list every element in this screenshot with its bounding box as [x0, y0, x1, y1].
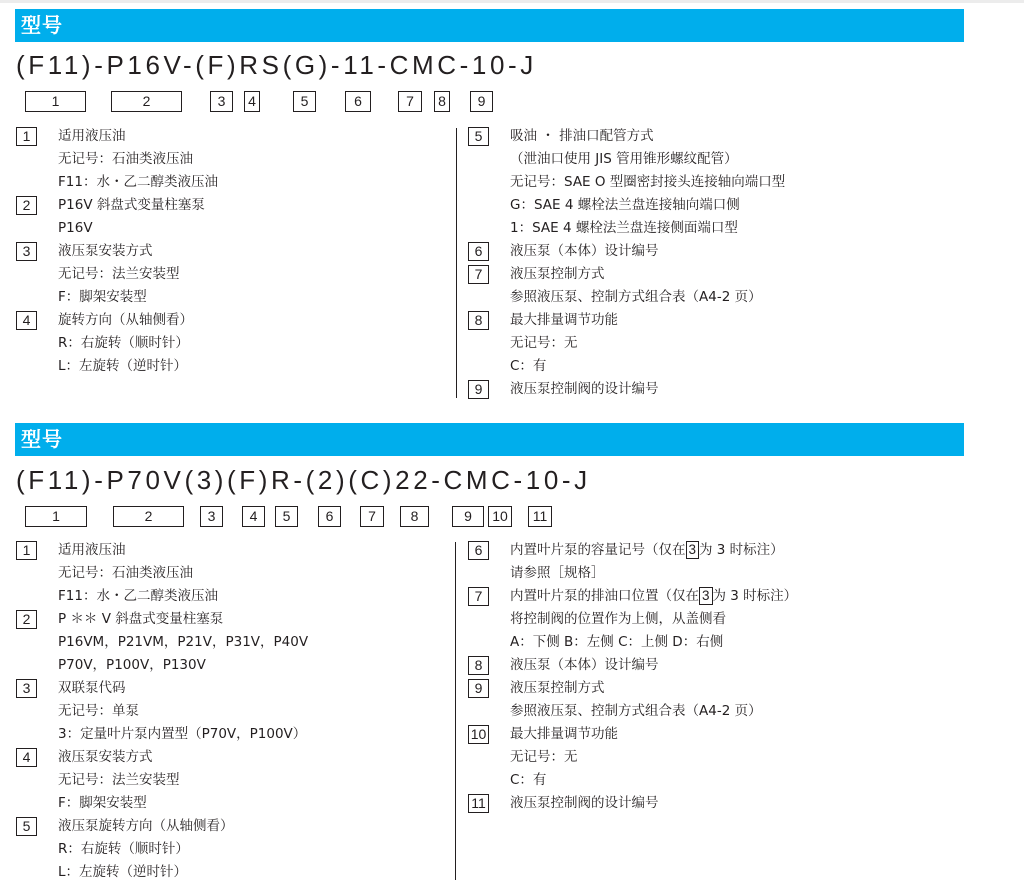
item-text: （泄油口使用 JIS 管用锥形螺纹配管） — [510, 148, 738, 171]
item-text: 双联泵代码 — [58, 677, 126, 700]
position-box: 6 — [318, 506, 341, 527]
item-number-box: 8 — [468, 656, 489, 675]
item-text: 吸油 ・ 排油口配管方式 — [510, 125, 654, 148]
item-text: 最大排量调节功能 — [510, 723, 618, 746]
position-box: 1 — [25, 506, 87, 527]
item-number-box: 9 — [468, 380, 489, 399]
position-box: 11 — [528, 506, 552, 527]
item-number-box: 6 — [468, 242, 489, 261]
position-box: 7 — [398, 91, 422, 112]
position-box: 7 — [360, 506, 384, 527]
item-number-box: 7 — [468, 587, 489, 606]
item-number-box: 1 — [16, 541, 37, 560]
model-code: (F11)-P16V-(F)RS(G)-11-CMC-10-J — [16, 50, 537, 80]
item-number-box: 4 — [16, 311, 37, 330]
item-number-box: 4 — [16, 748, 37, 767]
item-text: P ＊＊ V 斜盘式变量柱塞泵 — [58, 608, 223, 631]
item-text: 3：定量叶片泵内置型（P70V，P100V） — [58, 723, 306, 746]
position-box: 5 — [275, 506, 298, 527]
item-text: 最大排量调节功能 — [510, 309, 618, 332]
item-text: R：右旋转（顺时针） — [58, 838, 189, 861]
item-text: F：脚架安装型 — [58, 792, 147, 815]
item-text: L：左旋转（逆时针） — [58, 861, 187, 884]
item-text: 液压泵控制方式 — [510, 677, 605, 700]
position-box: 9 — [452, 506, 484, 527]
item-text: 无记号：无 — [510, 332, 578, 355]
item-text: 参照液压泵、控制方式组合表（A4-2 页） — [510, 700, 762, 723]
item-number-box: 9 — [468, 679, 489, 698]
item-text: 适用液压油 — [58, 125, 126, 148]
item-text: F11：水・乙二醇类液压油 — [58, 585, 218, 608]
position-box: 1 — [25, 91, 86, 112]
inline-ref-box: 3 — [699, 587, 713, 605]
item-text: 无记号：石油类液压油 — [58, 562, 193, 585]
position-box: 8 — [434, 91, 450, 112]
item-text: 无记号：法兰安装型 — [58, 263, 180, 286]
item-text: 液压泵控制阀的设计编号 — [510, 792, 659, 815]
item-text: L：左旋转（逆时针） — [58, 355, 187, 378]
position-box: 4 — [244, 91, 260, 112]
item-text: 液压泵控制方式 — [510, 263, 605, 286]
section-header: 型号 — [15, 9, 964, 42]
position-box: 4 — [242, 506, 265, 527]
item-text: 旋转方向（从轴侧看） — [58, 309, 193, 332]
item-number-box: 2 — [16, 610, 37, 629]
item-text: 无记号：单泵 — [58, 700, 139, 723]
item-text: 液压泵旋转方向（从轴侧看） — [58, 815, 234, 838]
item-text: 无记号：石油类液压油 — [58, 148, 193, 171]
item-number-box: 3 — [16, 679, 37, 698]
item-number-box: 2 — [16, 196, 37, 215]
item-text: G：SAE 4 螺栓法兰盘连接轴向端口侧 — [510, 194, 740, 217]
item-text: 将控制阀的位置作为上侧，从盖侧看 — [510, 608, 726, 631]
item-text: C：有 — [510, 769, 546, 792]
position-box: 6 — [345, 91, 371, 112]
item-number-box: 8 — [468, 311, 489, 330]
item-text: 液压泵安装方式 — [58, 240, 153, 263]
position-box: 8 — [400, 506, 429, 527]
item-number-box: 10 — [468, 725, 489, 744]
item-text: C：有 — [510, 355, 546, 378]
item-number-box: 11 — [468, 794, 489, 813]
item-text-part: 内置叶片泵的排油口位置（仅在 — [510, 588, 699, 604]
position-box: 3 — [210, 91, 233, 112]
item-text: 液压泵控制阀的设计编号 — [510, 378, 659, 401]
position-box: 2 — [111, 91, 182, 112]
position-box: 9 — [470, 91, 493, 112]
item-number-box: 3 — [16, 242, 37, 261]
item-number-box: 1 — [16, 127, 37, 146]
item-text: 液压泵（本体）设计编号 — [510, 240, 659, 263]
item-text-part: 为 3 时标注） — [699, 542, 784, 558]
item-text: 液压泵安装方式 — [58, 746, 153, 769]
item-text: 1：SAE 4 螺栓法兰盘连接侧面端口型 — [510, 217, 738, 240]
item-text: P16V 斜盘式变量柱塞泵 — [58, 194, 205, 217]
item-text: 无记号：法兰安装型 — [58, 769, 180, 792]
item-text: P70V，P100V，P130V — [58, 654, 206, 677]
position-box: 3 — [200, 506, 223, 527]
item-number-box: 6 — [468, 541, 489, 560]
item-number-box: 5 — [16, 817, 37, 836]
item-text: 参照液压泵、控制方式组合表（A4-2 页） — [510, 286, 762, 309]
item-text: 无记号：SAE O 型圈密封接头连接轴向端口型 — [510, 171, 785, 194]
item-text-part: 为 3 时标注） — [713, 588, 798, 604]
position-box: 10 — [488, 506, 512, 527]
position-box: 2 — [113, 506, 184, 527]
item-text: F11：水・乙二醇类液压油 — [58, 171, 218, 194]
item-text: 内置叶片泵的容量记号（仅在3为 3 时标注） — [510, 539, 784, 562]
inline-ref-box: 3 — [686, 541, 700, 559]
section-header: 型号 — [15, 423, 964, 456]
item-number-box: 7 — [468, 265, 489, 284]
item-text: P16VM，P21VM，P21V，P31V，P40V — [58, 631, 308, 654]
item-text: 液压泵（本体）设计编号 — [510, 654, 659, 677]
item-text: P16V — [58, 217, 93, 240]
item-text: A：下侧 B：左侧 C：上侧 D：右侧 — [510, 631, 723, 654]
item-text: 无记号：无 — [510, 746, 578, 769]
item-number-box: 5 — [468, 127, 489, 146]
position-box: 5 — [293, 91, 316, 112]
item-text-part: 内置叶片泵的容量记号（仅在 — [510, 542, 686, 558]
item-text: 请参照［规格］ — [510, 562, 605, 585]
item-text: F：脚架安装型 — [58, 286, 147, 309]
top-strip — [0, 0, 1024, 3]
column-divider — [456, 128, 457, 398]
column-divider — [455, 542, 456, 880]
item-text: 适用液压油 — [58, 539, 126, 562]
model-code: (F11)-P70V(3)(F)R-(2)(C)22-CMC-10-J — [16, 465, 591, 495]
item-text: R：右旋转（顺时针） — [58, 332, 189, 355]
item-text: 内置叶片泵的排油口位置（仅在3为 3 时标注） — [510, 585, 797, 608]
